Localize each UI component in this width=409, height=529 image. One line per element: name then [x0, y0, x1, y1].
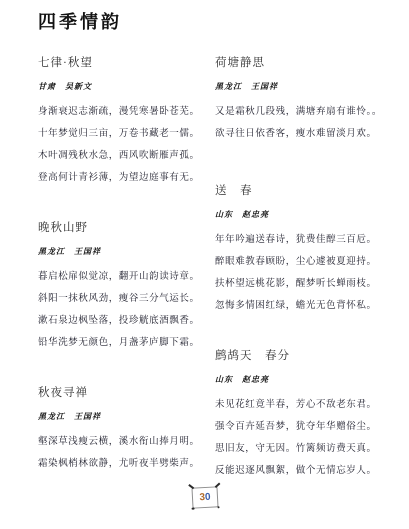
poem-line: 年年吟遍送春诗，犹费佳醇三百卮。 [215, 229, 390, 251]
poem-title: 送 春 [215, 182, 390, 198]
poem-line: 欲寻往日依香客，瘦水难留淡月欢。 [215, 123, 390, 145]
poem-line: 十年梦觉归三亩，万卷书藏老一儒。 [38, 123, 215, 145]
poem-line: 忽悔多情困红绿，蟾光无色背怀私。 [215, 295, 390, 317]
page-number: 30 [199, 492, 211, 504]
poem: 荷塘静思 黑龙江 王国祥 又是霜秋几段残，满塘弃扇有谁怜。。 欲寻往日依香客，瘦… [215, 54, 390, 145]
poem-title: 鹧鸪天 春分 [215, 347, 390, 363]
poem-author: 山东 赵忠亮 [215, 209, 390, 220]
right-column: 荷塘静思 黑龙江 王国祥 又是霜秋几段残，满塘弃扇有谁怜。。 欲寻往日依香客，瘦… [215, 54, 390, 512]
poem-line: 霜染枫梢林欲静，尤听夜半劈柴声。 [38, 453, 215, 475]
poem-line: 木叶凋残秋水急，西风吹断雁声孤。 [38, 145, 215, 167]
poem-line: 思旧友，守无因。竹篱频访费天真。 [215, 438, 390, 460]
poem: 七律·秋望 甘肃 吴新文 身渐衰迟志渐疏，漫凭寒暑卧苍芜。 十年梦觉归三亩，万卷… [38, 54, 215, 189]
page-number-digit: 0 [204, 492, 210, 503]
poem-author: 甘肃 吴新文 [38, 81, 215, 92]
poem-line: 漱石泉边枫坠落，投珍觥底酒飘香。 [38, 310, 215, 332]
poem-title: 荷塘静思 [215, 54, 390, 70]
poem-line: 强令百卉延吾梦，犹夺年华赠俗尘。 [215, 416, 390, 438]
poem-line: 未见花红竟半春，芳心不敌老东君。 [215, 394, 390, 416]
poem-author: 山东 赵忠亮 [215, 374, 390, 385]
ornament-corner-mark [191, 507, 194, 510]
poem-line: 身渐衰迟志渐疏，漫凭寒暑卧苍芜。 [38, 101, 215, 123]
poem-line: 斜阳一抹秋风劲，瘦谷三分气运长。 [38, 288, 215, 310]
poem-line: 又是霜秋几段残，满塘弃扇有谁怜。。 [215, 101, 390, 123]
poem-title: 秋夜寻禅 [38, 384, 215, 400]
poem-line: 铅华洗梦无颜色，月盏茅庐脚下霜。 [38, 332, 215, 354]
poem-line: 醉眼难教春顾盼，尘心遽被夏迎持。 [215, 251, 390, 273]
poem: 晚秋山野 黑龙江 王国祥 暮启松扉似觉凉，翻开山韵读诗章。 斜阳一抹秋风劲，瘦谷… [38, 219, 215, 354]
poem-line: 扶杯望远桃花影，醒梦听长蝉雨枝。 [215, 273, 390, 295]
left-column: 七律·秋望 甘肃 吴新文 身渐衰迟志渐疏，漫凭寒暑卧苍芜。 十年梦觉归三亩，万卷… [38, 54, 215, 512]
page-footer: 30 [0, 487, 409, 508]
poem-columns: 七律·秋望 甘肃 吴新文 身渐衰迟志渐疏，漫凭寒暑卧苍芜。 十年梦觉归三亩，万卷… [38, 54, 390, 512]
poem-line: 反能迟逐风飘絮，做个无情忘岁人。 [215, 460, 390, 482]
poem-line: 暮启松扉似觉凉，翻开山韵读诗章。 [38, 266, 215, 288]
poem-line: 壑深草浅瘦云横，溪水衔山捧月明。 [38, 431, 215, 453]
poem-title: 晚秋山野 [38, 219, 215, 235]
poem-author: 黑龙江 王国祥 [38, 411, 215, 422]
ornament-corner-mark [216, 506, 219, 509]
poem: 秋夜寻禅 黑龙江 王国祥 壑深草浅瘦云横，溪水衔山捧月明。 霜染枫梢林欲静，尤听… [38, 384, 215, 475]
page-number-ornament: 30 [191, 486, 218, 508]
poem-line: 登高何计青衫薄，为望边庭事有无。 [38, 167, 215, 189]
poem-author: 黑龙江 王国祥 [215, 81, 390, 92]
poem-title: 七律·秋望 [38, 54, 215, 70]
document-page: 四季情韵 七律·秋望 甘肃 吴新文 身渐衰迟志渐疏，漫凭寒暑卧苍芜。 十年梦觉归… [0, 0, 409, 529]
section-title: 四季情韵 [38, 8, 122, 34]
poem-author: 黑龙江 王国祥 [38, 246, 215, 257]
poem: 送 春 山东 赵忠亮 年年吟遍送春诗，犹费佳醇三百卮。 醉眼难教春顾盼，尘心遽被… [215, 182, 390, 317]
poem: 鹧鸪天 春分 山东 赵忠亮 未见花红竟半春，芳心不敌老东君。 强令百卉延吾梦，犹… [215, 347, 390, 482]
